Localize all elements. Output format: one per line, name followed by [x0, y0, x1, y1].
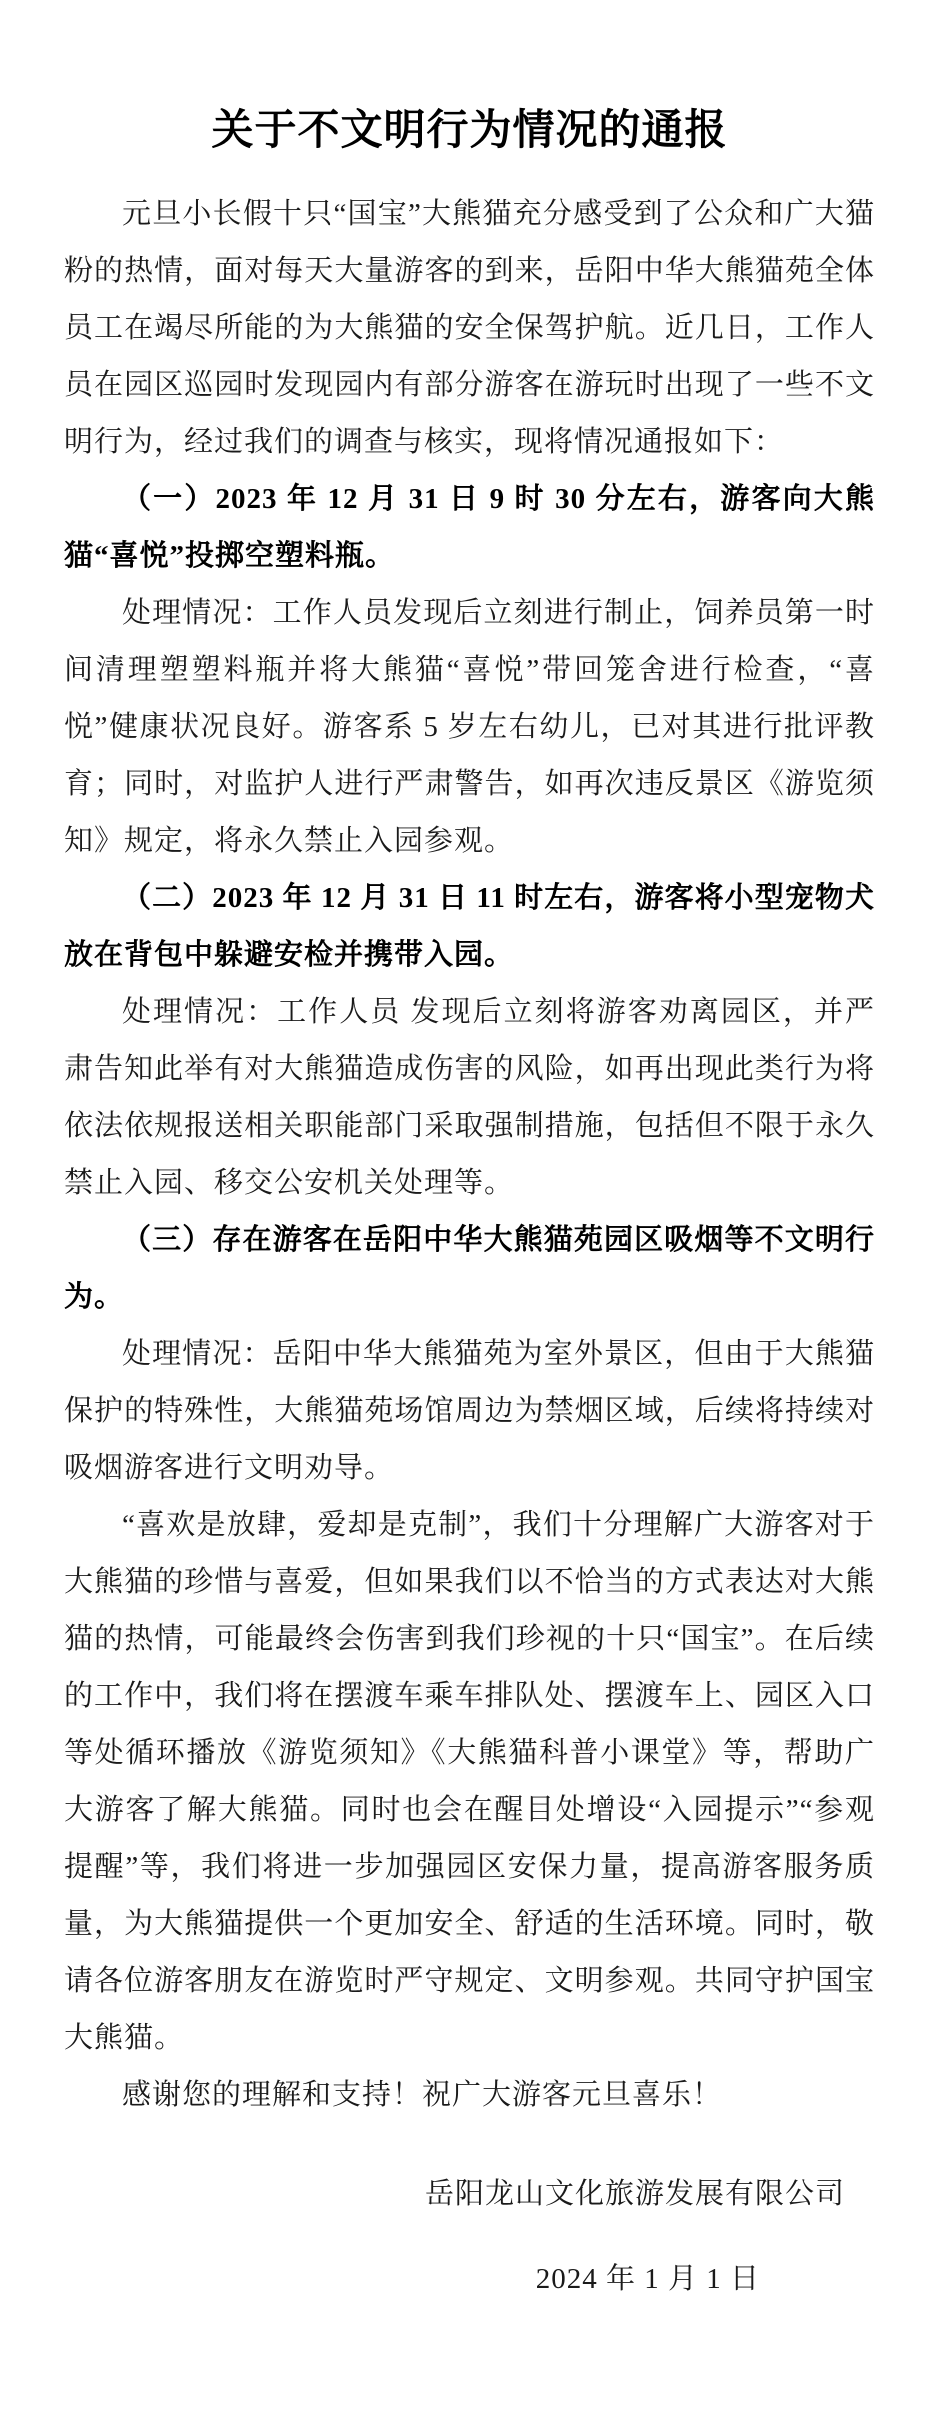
- body-paragraph: 处理情况：岳阳中华大熊猫苑为室外景区，但由于大熊猫保护的特殊性，大熊猫苑场馆周边…: [64, 1326, 875, 1497]
- section-heading: （二）2023 年 12 月 31 日 11 时左右，游客将小型宠物犬放在背包中…: [64, 870, 875, 984]
- document-body: 元旦小长假十只“国宝”大熊猫充分感受到了公众和广大猫粉的热情，面对每天大量游客的…: [64, 186, 875, 2124]
- body-paragraph: 元旦小长假十只“国宝”大熊猫充分感受到了公众和广大猫粉的热情，面对每天大量游客的…: [64, 186, 875, 471]
- document-title: 关于不文明行为情况的通报: [64, 102, 875, 160]
- body-paragraph: 处理情况：工作人员发现后立刻进行制止，饲养员第一时间清理塑塑料瓶并将大熊猫“喜悦…: [64, 585, 875, 870]
- notice-document: 关于不文明行为情况的通报 元旦小长假十只“国宝”大熊猫充分感受到了公众和广大猫粉…: [0, 0, 939, 2431]
- signature-block: 岳阳龙山文化旅游发展有限公司 2024 年 1 月 1 日: [64, 2152, 875, 2322]
- signature-company: 岳阳龙山文化旅游发展有限公司: [64, 2152, 875, 2237]
- body-paragraph: 处理情况：工作人员 发现后立刻将游客劝离园区，并严肃告知此举有对大熊猫造成伤害的…: [64, 984, 875, 1212]
- body-paragraph: “喜欢是放肆，爱却是克制”，我们十分理解广大游客对于大熊猫的珍惜与喜爱，但如果我…: [64, 1497, 875, 2067]
- body-paragraph: 感谢您的理解和支持！祝广大游客元旦喜乐！: [64, 2067, 875, 2124]
- section-heading: （一）2023 年 12 月 31 日 9 时 30 分左右，游客向大熊猫“喜悦…: [64, 471, 875, 585]
- section-heading: （三）存在游客在岳阳中华大熊猫苑园区吸烟等不文明行为。: [64, 1212, 875, 1326]
- signature-date: 2024 年 1 月 1 日: [64, 2237, 875, 2322]
